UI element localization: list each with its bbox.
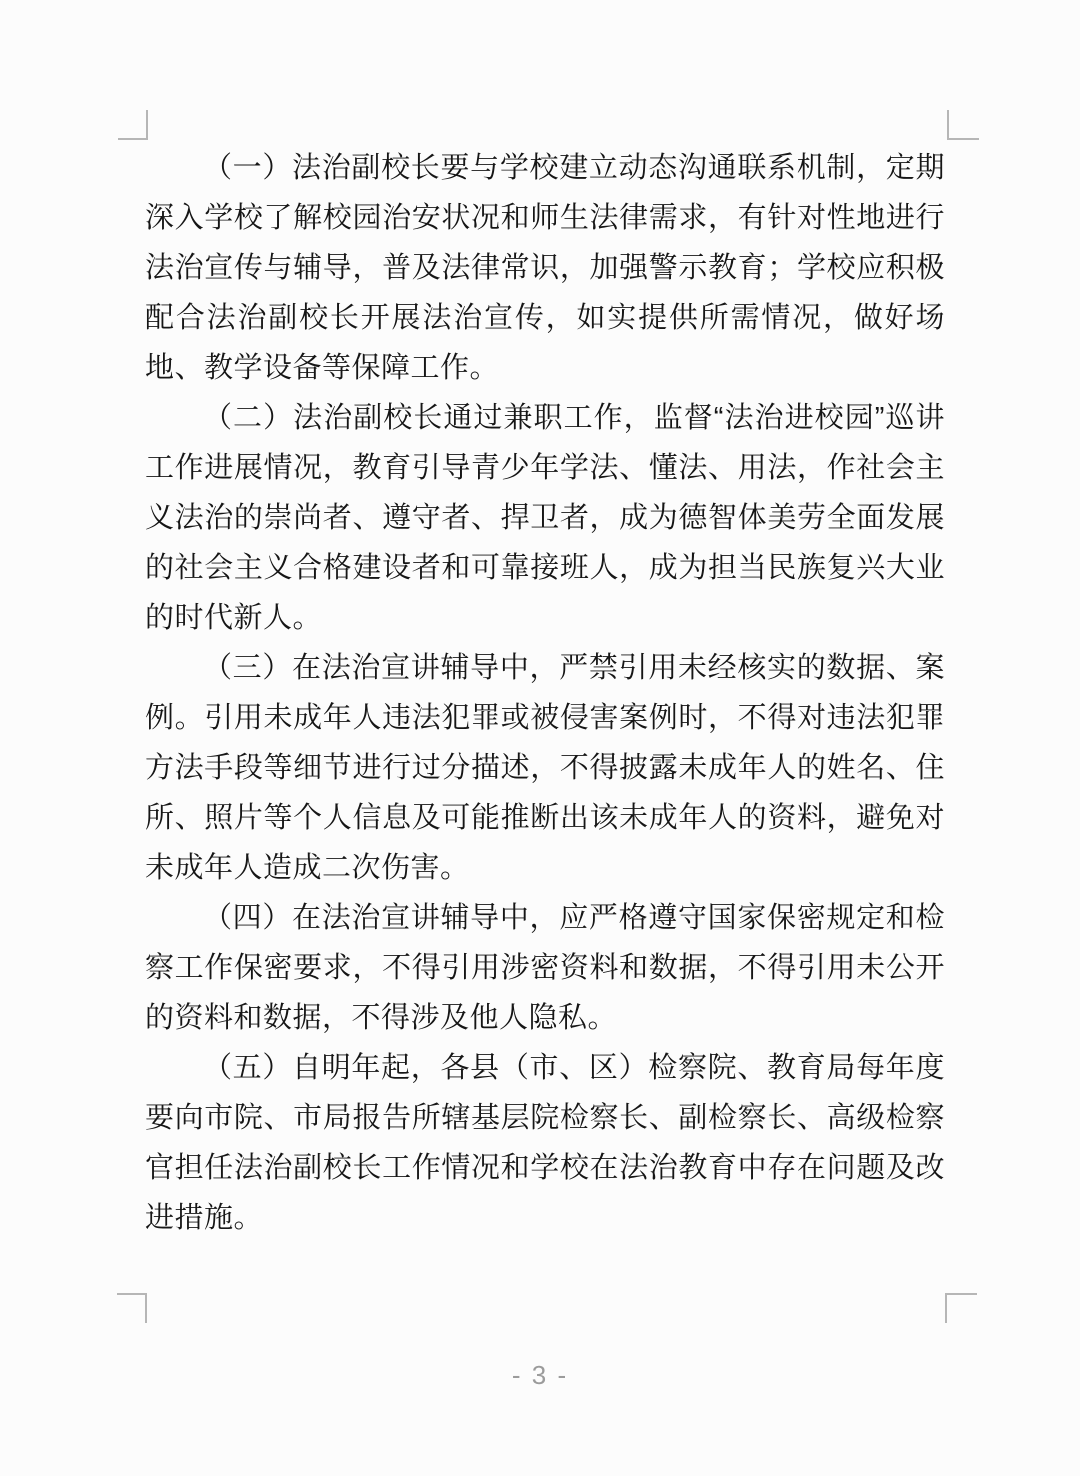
crop-mark-top-right-icon [947,110,979,140]
crop-mark-bottom-right-icon [945,1293,977,1323]
crop-mark-bottom-left-icon [117,1293,147,1323]
page-number: - 3 - [0,1358,1080,1392]
paragraph-1: （一）法治副校长要与学校建立动态沟通联系机制，定期深入学校了解校园治安状况和师生… [145,143,945,393]
paragraph-2: （二）法治副校长通过兼职工作，监督“法治进校园”巡讲工作进展情况，教育引导青少年… [145,393,945,643]
crop-mark-top-left-icon [118,110,148,140]
paragraph-5: （五）自明年起，各县（市、区）检察院、教育局每年度要向市院、市局报告所辖基层院检… [145,1043,945,1243]
document-page: （一）法治副校长要与学校建立动态沟通联系机制，定期深入学校了解校园治安状况和师生… [0,0,1080,1476]
document-body: （一）法治副校长要与学校建立动态沟通联系机制，定期深入学校了解校园治安状况和师生… [145,143,945,1243]
paragraph-3: （三）在法治宣讲辅导中，严禁引用未经核实的数据、案例。引用未成年人违法犯罪或被侵… [145,643,945,893]
paragraph-4: （四）在法治宣讲辅导中，应严格遵守国家保密规定和检察工作保密要求，不得引用涉密资… [145,893,945,1043]
